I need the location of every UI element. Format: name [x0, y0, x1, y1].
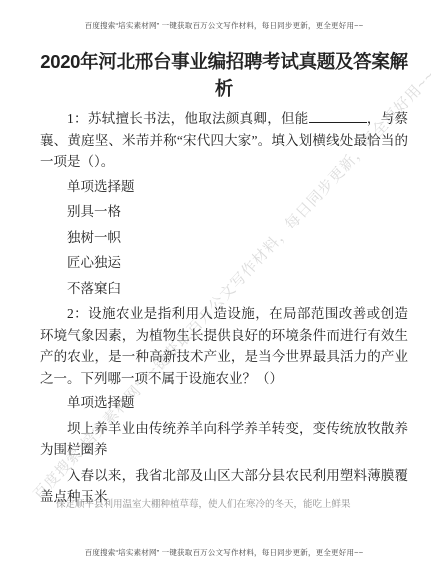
question-2-option-2: 入春以来，我省北部及山区大部分县农民利用塑料薄膜覆盖点种玉米 — [40, 465, 408, 508]
question-1-option-3: 匠心独运 — [40, 252, 408, 274]
question-1-stem: 1：苏轼擅长书法，他取法颜真卿，但能，与蔡襄、黄庭坚、米芾并称“宋代四大家”。填… — [40, 108, 408, 173]
document-page: 百度搜索“培实素材网” 一键获取百万公文写作材料，每日同步更新，更全更好用~~ … — [0, 0, 448, 580]
fill-in-blank-line — [309, 111, 367, 123]
footer-promo-note: 百度搜索“培实素材网” 一键获取百万公文写作材料，每日同步更新，更全更好用~~ — [0, 547, 448, 558]
page-title: 2020年河北邢台事业编招聘考试真题及答案解析 — [34, 48, 414, 102]
document-body: 1：苏轼擅长书法，他取法颜真卿，但能，与蔡襄、黄庭坚、米芾并称“宋代四大家”。填… — [40, 108, 408, 508]
question-1-stem-before-blank: 1：苏轼擅长书法，他取法颜真卿，但能 — [67, 111, 309, 126]
question-1-option-2: 独树一帜 — [40, 227, 408, 249]
question-2-type-label: 单项选择题 — [40, 392, 408, 414]
header-promo-note: 百度搜索“培实素材网” 一键获取百万公文写作材料，每日同步更新，更全更好用~~ — [0, 20, 448, 31]
question-1-option-1: 别具一格 — [40, 201, 408, 223]
question-1-type-label: 单项选择题 — [40, 176, 408, 198]
question-2-option-1: 坝上养羊业由传统养羊向科学养羊转变，变传统放牧散养为围栏圈养 — [40, 418, 408, 461]
question-1-option-4: 不落窠臼 — [40, 278, 408, 300]
question-2-stem: 2：设施农业是指利用人造设施，在局部范围改善或创造环境气象因素，为植物生长提供良… — [40, 303, 408, 389]
